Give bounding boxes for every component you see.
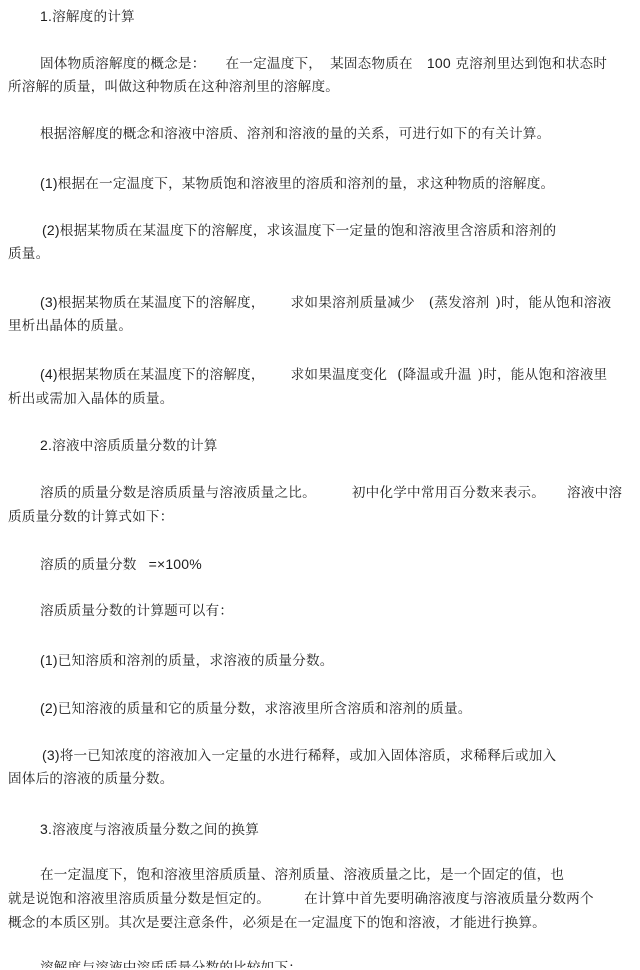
section-3-paragraph-1-line-1: 在一定温度下，饱和溶液里溶质质量、溶剂质量、溶液质量之比，是一个固定的值，也 [40, 865, 564, 885]
section-1-item-2-line-2: 质量。 [8, 244, 49, 264]
section-2-item-3-line-1: (3)将一已知浓度的溶液加入一定量的水进行稀释，或加入固体溶质，求稀释后或加入 [42, 745, 556, 766]
section-2-heading: 2.溶液中溶质质量分数的计算 [40, 435, 218, 456]
section-1-item-3-line-1: (3)根据某物质在某温度下的溶解度，求如果溶剂质量减少(蒸发溶剂)时，能从饱和溶… [40, 292, 611, 313]
section-2-paragraph-1-line-1: 溶质的质量分数是溶质质量与溶液质量之比。初中化学中常用百分数来表示。溶液中溶 [40, 483, 622, 503]
section-1-item-1: (1)根据在一定温度下，某物质饱和溶液里的溶质和溶剂的量，求这种物质的溶解度。 [40, 173, 554, 194]
section-2-formula: 溶质的质量分数=×100% [40, 554, 202, 575]
section-1-item-3-line-2: 里析出晶体的质量。 [8, 316, 132, 336]
section-3-paragraph-2-partial: 溶解度与溶液中溶质质量分数的比较如下： [40, 958, 302, 970]
section-2-paragraph-1-line-2: 质质量分数的计算式如下： [8, 507, 174, 527]
section-3-heading: 3.溶液度与溶液质量分数之间的换算 [40, 819, 259, 840]
section-1-heading: 1.溶解度的计算 [40, 6, 135, 27]
section-1-item-2-line-1: (2)根据某物质在某温度下的溶解度，求该温度下一定量的饱和溶液里含溶质和溶剂的 [42, 220, 556, 241]
section-3-paragraph-1-line-2: 就是说饱和溶液里溶质质量分数是恒定的。在计算中首先要明确溶液度与溶液质量分数两个 [8, 889, 594, 909]
section-2-item-3-line-2: 固体后的溶液的质量分数。 [8, 769, 174, 789]
section-1-paragraph-2: 根据溶解度的概念和溶液中溶质、溶剂和溶液的量的关系，可进行如下的有关计算。 [40, 124, 550, 144]
section-2-paragraph-2: 溶质质量分数的计算题可以有： [40, 601, 233, 621]
section-1-item-4-line-1: (4)根据某物质在某温度下的溶解度，求如果温度变化(降温或升温)时，能从饱和溶液… [40, 364, 607, 385]
section-3-paragraph-1-line-3: 概念的本质区别。其次是要注意条件，必须是在一定温度下的饱和溶液，才能进行换算。 [8, 913, 546, 933]
section-1-paragraph-1-line-1: 固体物质溶解度的概念是：在一定温度下，某固态物质在100 克溶剂里达到饱和状态时 [40, 53, 607, 74]
section-2-item-2: (2)已知溶液的质量和它的质量分数，求溶液里所含溶质和溶剂的质量。 [40, 698, 472, 719]
section-2-item-1: (1)已知溶质和溶剂的质量，求溶液的质量分数。 [40, 650, 334, 671]
section-1-item-4-line-2: 析出或需加入晶体的质量。 [8, 389, 174, 409]
section-1-paragraph-1-line-2: 所溶解的质量，叫做这种物质在这种溶剂里的溶解度。 [8, 77, 339, 97]
